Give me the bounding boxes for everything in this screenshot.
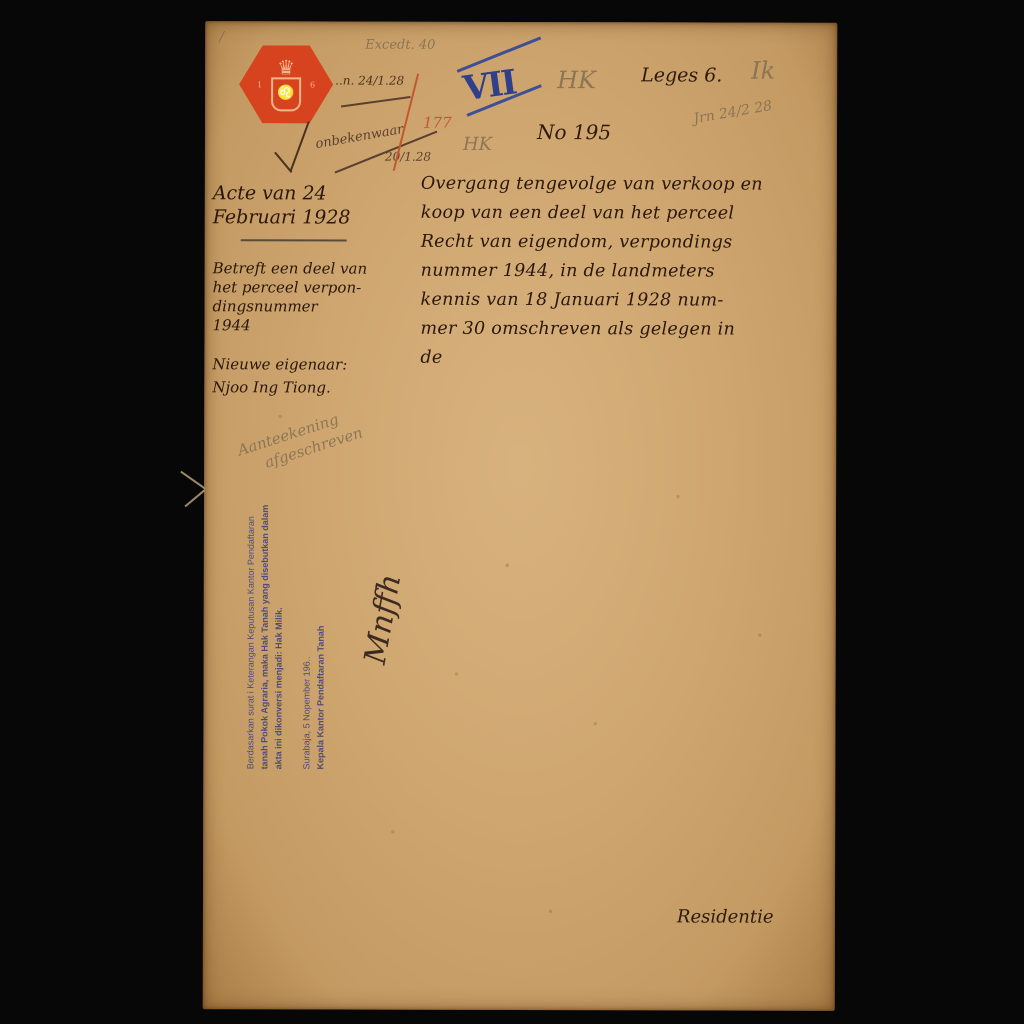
- revenue-seal: ♛ ♌ 1 6: [239, 45, 333, 123]
- pencil-initials: HK: [463, 134, 492, 155]
- body-line: nummer 1944, in de landmeters: [421, 257, 831, 287]
- subject-block: Betreft een deel van het perceel verpon-…: [212, 259, 367, 335]
- new-owner-block: Nieuwe eigenaar: Njoo Ing Tiong.: [212, 355, 347, 397]
- subject-line: het perceel verpon-: [213, 278, 368, 297]
- seal-number: 1: [257, 80, 262, 89]
- deed-body-text: Overgang tengevolge van verkoop en koop …: [420, 170, 831, 374]
- annotation-date: 20/1.28: [385, 150, 431, 164]
- strike-line: [341, 96, 411, 108]
- pencil-mark: Ik: [751, 57, 775, 85]
- binding-string: [184, 489, 205, 507]
- stamp-line: tanah Pokok Agraria, maka Hak Tanah yang…: [257, 499, 272, 769]
- roman-numeral: VII: [461, 63, 518, 110]
- deed-date-block: Acte van 24 Februari 1928: [213, 181, 351, 229]
- body-line: mer 30 omschreven als gelegen in: [420, 315, 830, 345]
- subject-line: dingsnummer: [213, 297, 368, 316]
- pencil-note: Aanteekening afgeschreven: [235, 403, 365, 479]
- underline: [241, 239, 347, 241]
- lion-shield-icon: ♌: [271, 77, 301, 111]
- new-owner-label: Nieuwe eigenaar:: [212, 355, 347, 374]
- checkmark: [290, 121, 310, 171]
- seal-number: 6: [310, 80, 315, 89]
- document-page: / ♛ ♌ 1 6 Excedt. 40 ..n. 24/1.28 onbeke…: [203, 21, 838, 1011]
- signature: Mnffh: [358, 571, 408, 666]
- stamp-line: akta ini dikonversi menjadi: Hak Milik.: [271, 499, 286, 769]
- body-line: kennis van 18 Januari 1928 num-: [421, 286, 831, 316]
- stamp-date-line: Surabaja, 5 Nopember 196..: [299, 499, 314, 769]
- pencil-mark: /: [219, 29, 224, 45]
- body-line: Recht van eigendom, verpondings: [421, 228, 831, 258]
- acte-date-line: Acte van 24: [213, 181, 351, 205]
- binding-string: [180, 471, 206, 490]
- conversion-stamp: Berdasarkan surat i Keterangan Keputusan…: [243, 499, 328, 769]
- residentie-label: Residentie: [677, 906, 774, 927]
- body-line: de: [420, 344, 830, 374]
- annotation-date: ..n. 24/1.28: [335, 74, 404, 88]
- document-number: No 195: [537, 120, 611, 144]
- pencil-annotation: Jrn 24/2 28: [692, 98, 773, 127]
- pencil-annotation: Excedt. 40: [365, 38, 435, 53]
- stamp-line: Berdasarkan surat i Keterangan Keputusan…: [243, 499, 258, 769]
- subject-line: Betreft een deel van: [213, 259, 368, 278]
- acte-date-line: Februari 1928: [213, 205, 351, 229]
- leges-fee: Leges 6.: [641, 64, 722, 86]
- annotation-red: 177: [423, 114, 452, 132]
- crown-icon: ♛: [277, 58, 295, 76]
- body-line: Overgang tengevolge van verkoop en: [421, 170, 831, 200]
- pencil-initials: HK: [557, 66, 596, 94]
- stamp-title: Kepala Kantor Pendaftaran Tanah: [313, 499, 328, 769]
- subject-line: 1944: [212, 316, 367, 335]
- body-line: koop van een deel van het perceel: [421, 199, 831, 229]
- new-owner-name: Njoo Ing Tiong.: [212, 378, 347, 397]
